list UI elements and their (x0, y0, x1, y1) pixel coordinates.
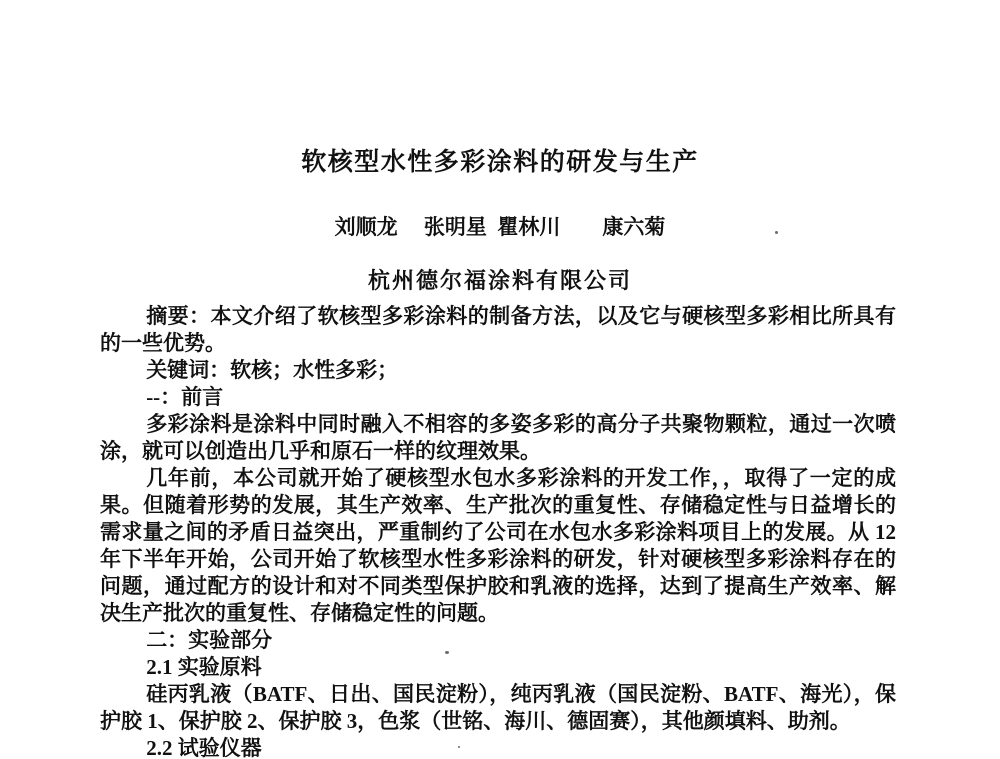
paper-title: 软核型水性多彩涂料的研发与生产 (0, 0, 1000, 180)
section-heading-foreword: --：前言 (100, 384, 896, 411)
scan-speck (458, 746, 460, 748)
abstract-paragraph: 摘要：本文介绍了软核型多彩涂料的制备方法，以及它与硬核型多彩相比所具有的一些优势… (100, 303, 896, 357)
document-body: 摘要：本文介绍了软核型多彩涂料的制备方法，以及它与硬核型多彩相比所具有的一些优势… (0, 303, 1000, 759)
scanned-paper-page: 软核型水性多彩涂料的研发与生产 刘顺龙 张明星 瞿林川 康六菊 杭州德尔福涂料有… (0, 0, 1000, 759)
section-heading-instruments: 2.2 试验仪器 (100, 735, 896, 759)
scan-speck (445, 651, 449, 654)
foreword-paragraph-1: 多彩涂料是涂料中同时融入不相容的多姿多彩的高分子共聚物颗粒，通过一次喷涂，就可以… (100, 411, 896, 465)
foreword-paragraph-2: 几年前，本公司就开始了硬核型水包水多彩涂料的开发工作，，取得了一定的成果。但随着… (100, 465, 896, 627)
scan-speck (775, 231, 778, 234)
keywords-line: 关键词：软核；水性多彩； (100, 357, 896, 384)
paper-affiliation: 杭州德尔福涂料有限公司 (0, 266, 1000, 295)
section-heading-materials: 2.1 实验原料 (100, 654, 896, 681)
materials-paragraph: 硅丙乳液（BATF、日出、国民淀粉），纯丙乳液（国民淀粉、BATF、海光），保护… (100, 681, 896, 735)
paper-authors: 刘顺龙 张明星 瞿林川 康六菊 (0, 214, 1000, 241)
section-heading-experiment: 二：实验部分 (100, 627, 896, 654)
